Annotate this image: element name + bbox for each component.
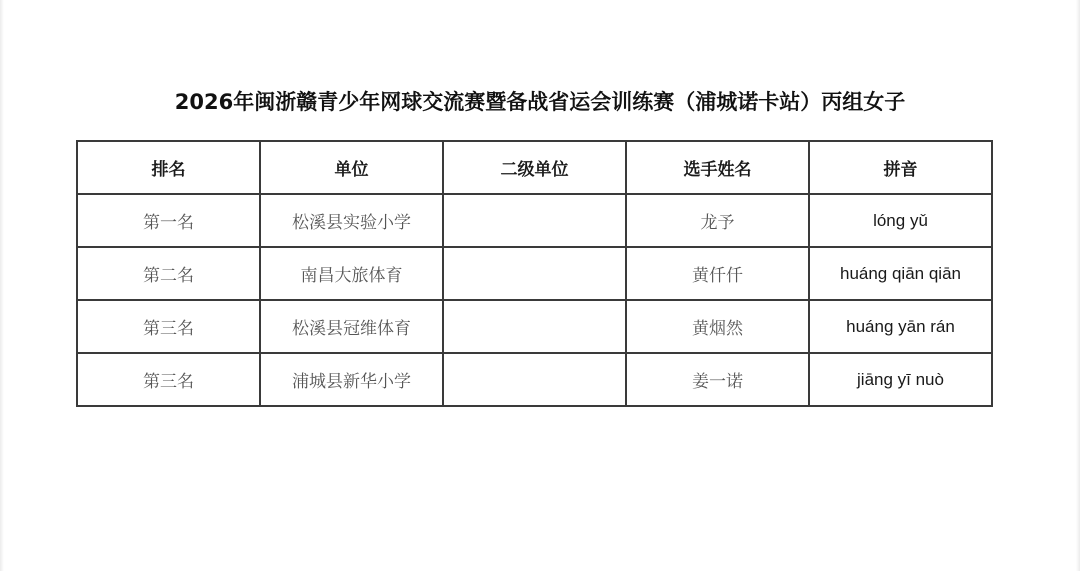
results-table: 排名 单位 二级单位 选手姓名 拼音 第一名 松溪县实验小学 龙予 lóng y… (76, 140, 993, 407)
document-title: 2026年闽浙赣青少年网球交流赛暨备战省运会训练赛（浦城诺卡站）丙组女子 (0, 86, 1080, 118)
player-name-cell: 黄烟然 (626, 300, 809, 353)
header-pinyin: 拼音 (809, 141, 992, 194)
table-row: 第二名 南昌大旅体育 黄仟仟 huáng qiān qiān (77, 247, 992, 300)
unit-cell: 松溪县实验小学 (260, 194, 443, 247)
sub-unit-cell (443, 194, 626, 247)
header-sub-unit: 二级单位 (443, 141, 626, 194)
rank-cell: 第三名 (77, 300, 260, 353)
unit-cell: 南昌大旅体育 (260, 247, 443, 300)
table-header-row: 排名 单位 二级单位 选手姓名 拼音 (77, 141, 992, 194)
sub-unit-cell (443, 247, 626, 300)
unit-cell: 松溪县冠维体育 (260, 300, 443, 353)
table-row: 第一名 松溪县实验小学 龙予 lóng yǔ (77, 194, 992, 247)
header-rank: 排名 (77, 141, 260, 194)
header-player-name: 选手姓名 (626, 141, 809, 194)
pinyin-cell: huáng yān rán (809, 300, 992, 353)
unit-cell: 浦城县新华小学 (260, 353, 443, 406)
pinyin-cell: lóng yǔ (809, 194, 992, 247)
rank-cell: 第一名 (77, 194, 260, 247)
rank-cell: 第三名 (77, 353, 260, 406)
pinyin-cell: huáng qiān qiān (809, 247, 992, 300)
rank-cell: 第二名 (77, 247, 260, 300)
sub-unit-cell (443, 300, 626, 353)
sub-unit-cell (443, 353, 626, 406)
player-name-cell: 姜一诺 (626, 353, 809, 406)
header-unit: 单位 (260, 141, 443, 194)
table-row: 第三名 浦城县新华小学 姜一诺 jiāng yī nuò (77, 353, 992, 406)
pinyin-cell: jiāng yī nuò (809, 353, 992, 406)
table-row: 第三名 松溪县冠维体育 黄烟然 huáng yān rán (77, 300, 992, 353)
player-name-cell: 黄仟仟 (626, 247, 809, 300)
player-name-cell: 龙予 (626, 194, 809, 247)
